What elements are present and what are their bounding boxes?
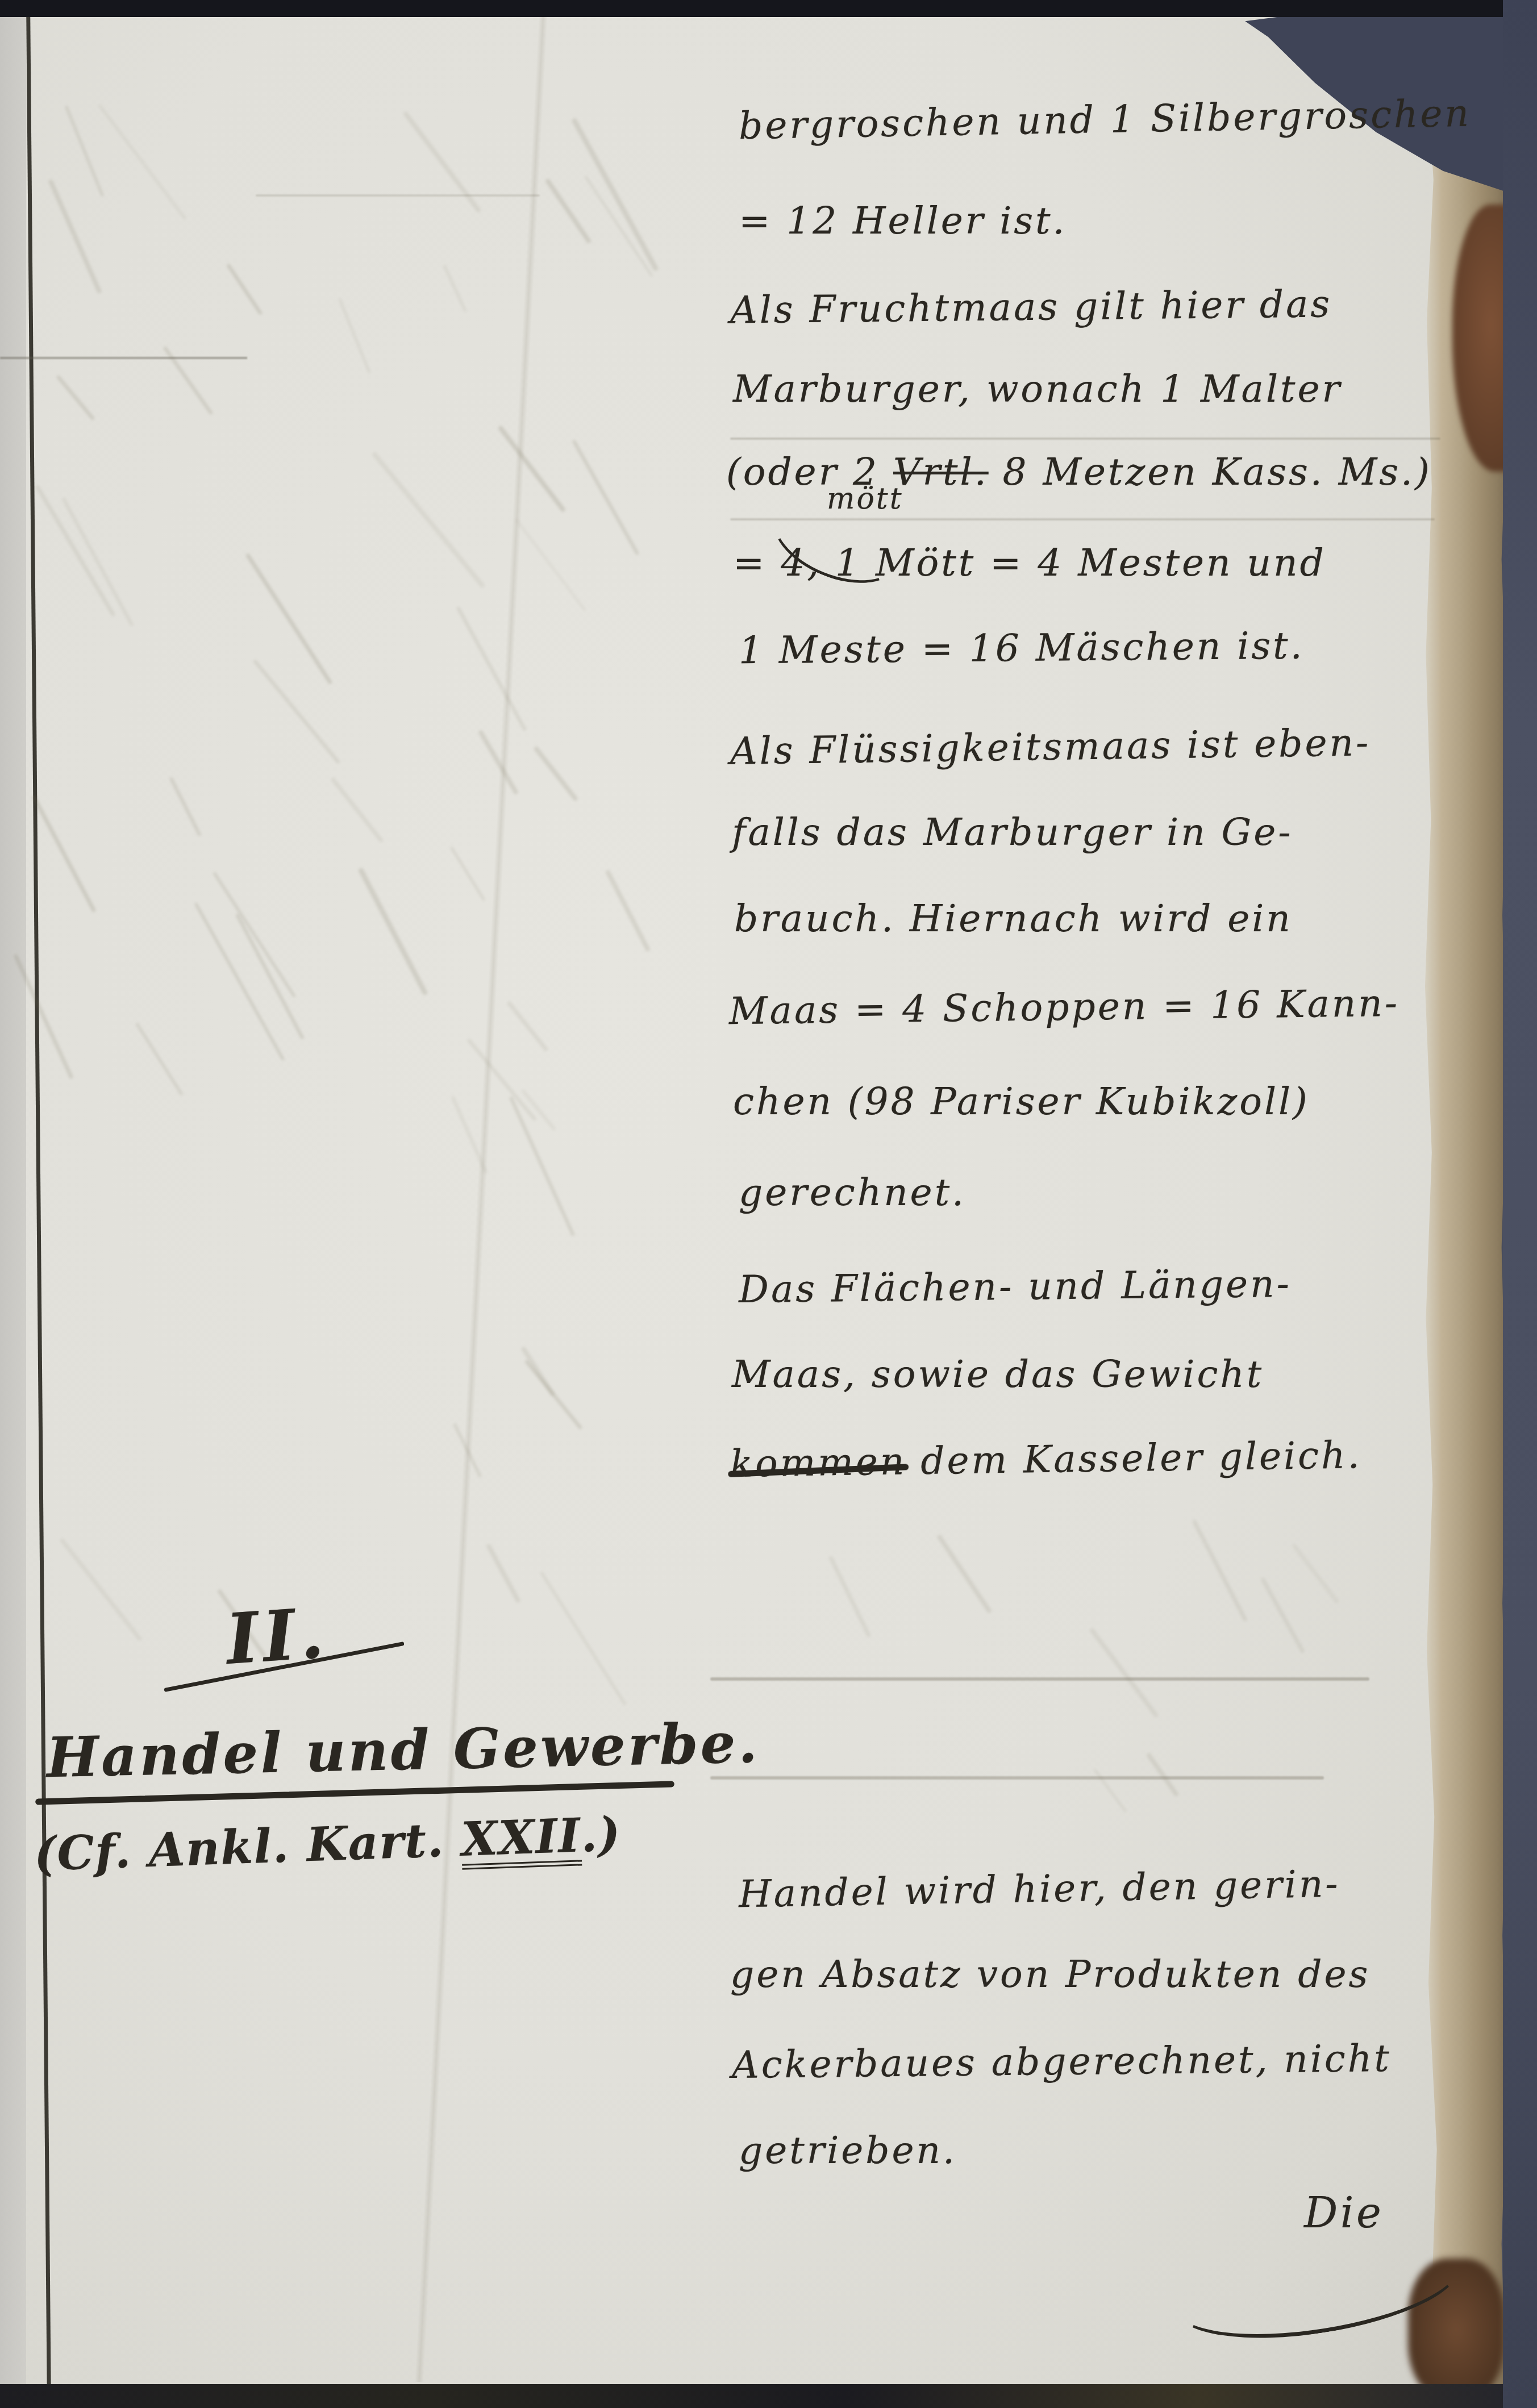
bleed-through-stroke [1260, 1577, 1305, 1653]
bleed-through-stroke [507, 1001, 549, 1052]
bleed-through-stroke [56, 375, 95, 421]
bleed-through-stroke [1089, 1627, 1159, 1718]
handwritten-line: Ackerbaues abgerechnet, nicht [732, 2040, 1392, 2084]
line-segment: 8 Metzen Kass. Ms.) [989, 450, 1432, 494]
bleed-through-stroke [135, 1023, 184, 1097]
handwritten-line: gerechnet. [739, 1174, 966, 1211]
bleed-through-stroke [572, 440, 640, 556]
bleed-through-stroke [358, 867, 428, 995]
bleed-through-stroke [330, 777, 384, 843]
bleed-through-stroke [1292, 1543, 1340, 1604]
corrected-word: kommen [730, 1443, 907, 1482]
reference-segment: .) [580, 1807, 622, 1863]
bleed-through-stroke [571, 118, 659, 272]
handwritten-line: Als Fruchtmaas gilt hier das [730, 285, 1332, 329]
bleed-through-stroke [62, 497, 134, 627]
bleed-through-stroke [163, 346, 213, 415]
bleed-through-stroke [515, 518, 586, 611]
bleed-through-stroke [98, 104, 186, 220]
bleed-through-stroke [605, 869, 651, 952]
bleed-through-stroke [540, 1572, 627, 1706]
handwritten-line: gen Absatz von Produkten des [730, 1956, 1370, 1993]
bleed-through-stroke [226, 263, 263, 315]
bleed-through-stroke [213, 872, 296, 998]
bleed-through-stroke [477, 730, 519, 795]
handwritten-line: kommen dem Kasseler gleich. [730, 1436, 1362, 1483]
handwritten-line: Das Flächen- und Längen- [739, 1265, 1292, 1309]
bleed-through-stroke [48, 178, 102, 294]
bleed-through-stroke [372, 451, 485, 588]
section-title: Handel und Gewerbe. [46, 1715, 760, 1785]
line-segment: dem Kasseler gleich. [906, 1433, 1362, 1483]
handwritten-line: 1 Meste = 16 Mäschen ist. [739, 627, 1305, 670]
handwritten-line: Maas, sowie das Gewicht [732, 1356, 1264, 1393]
bleed-through-stroke [65, 105, 104, 197]
reference-roman-numeral: XXII [460, 1812, 582, 1869]
bleed-through-stroke [169, 777, 201, 836]
bleed-through-stroke [35, 485, 116, 617]
bleed-through-stroke [13, 953, 73, 1079]
struck-word: Vrtl. [893, 450, 989, 494]
bleed-through-stroke [936, 1534, 992, 1613]
bleed-through-stroke [339, 298, 371, 373]
bleed-through-stroke [1146, 1752, 1179, 1797]
bleed-through-stroke [235, 913, 305, 1040]
bleed-through-stroke [520, 1346, 556, 1397]
bleed-through-stroke [451, 1095, 488, 1174]
handwritten-line: = 4, 1 Mött = 4 Mesten und [733, 544, 1326, 582]
bleed-through-stroke [453, 1423, 482, 1477]
bleed-through-stroke [60, 1538, 143, 1641]
handwritten-line: = 12 Heller ist. [739, 202, 1067, 240]
handwritten-line: falls das Marburger in Ge- [732, 814, 1293, 851]
bleed-through-stroke [1093, 1769, 1127, 1813]
bleed-through-stroke [497, 425, 566, 513]
handwritten-line: chen (98 Pariser Kubikzoll) [733, 1083, 1310, 1120]
bleed-through-stroke [450, 846, 485, 901]
bleed-through-stroke [466, 1038, 537, 1122]
bleed-through-stroke [31, 795, 97, 913]
bleed-through-stroke [456, 606, 527, 731]
bleed-through-stroke [443, 264, 467, 313]
handwritten-line: getrieben. [739, 2132, 957, 2169]
bleed-through-stroke [533, 745, 578, 802]
catchword: Die [1304, 2192, 1384, 2234]
handwritten-line: Handel wird hier, den gerin- [739, 1865, 1341, 1913]
bleed-through-stroke [403, 111, 482, 213]
handwritten-line: Maas = 4 Schoppen = 16 Kann- [729, 985, 1400, 1030]
bleed-through-stroke [828, 1556, 870, 1638]
handwritten-line: Als Flüssigkeitsmaas ist eben- [730, 724, 1371, 770]
bleed-through-stroke [1192, 1519, 1248, 1622]
handwritten-line: Marburger, wonach 1 Malter [733, 370, 1342, 408]
bleed-through-stroke [585, 176, 654, 277]
handwritten-line: brauch. Hiernach wird ein [734, 900, 1293, 938]
bleed-through-stroke [545, 178, 592, 243]
bleed-through-stroke [486, 1543, 521, 1603]
